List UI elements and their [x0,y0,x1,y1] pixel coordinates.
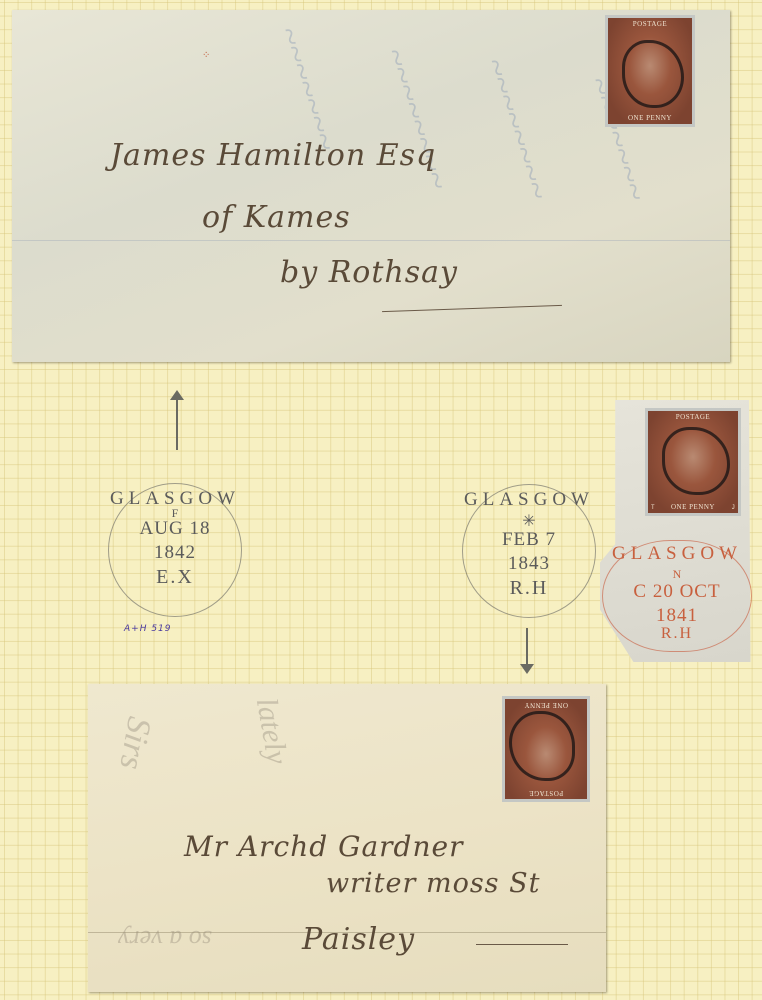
corner-letter: J [731,504,735,511]
address-line-2: writer moss St [326,868,540,899]
red-ink-marks: ⁘ [202,50,210,61]
maltese-cross-cancel [509,711,575,781]
fold-line [12,240,730,241]
stamp-bottom-label: ONE PENNY [648,503,738,511]
top-cover: ~~~~~~~ ~~~~~~~~ ~~~~~~~~ ~~~~~~~ ⁘ Jame… [12,10,730,362]
address-line-1: Mr Archd Gardner [184,830,463,863]
postmark-code: E.X [109,566,241,589]
postmark-glasgow-1843: GLASGOW ✳ FEB 7 1843 R.H [462,484,596,618]
address-line-2: of Kames [202,200,351,235]
address-line-3: Paisley [302,922,415,957]
maltese-cross-cancel [662,427,730,495]
postmark-town: GLASGOW [603,543,751,565]
pencil-scribble: ~~~~~~~~ [475,53,557,205]
stamp-bottom-label: ONE PENNY [505,701,587,709]
show-through-writing: lately [249,695,294,767]
postmark-code: R.H [603,625,751,643]
stamp-top-label: POSTAGE [648,413,738,421]
stamp-bottom-label: ONE PENNY [608,114,692,122]
catalog-reference-note: A+H 519 [124,624,172,634]
postmark-date: AUG 18 [109,518,241,540]
postmark-year: 1841 [603,605,751,627]
show-through-writing: so a very [118,924,212,954]
pencil-scribble: ~~~~~~~ [268,22,344,156]
address-line-3: by Rothsay [280,255,458,290]
postmark-code: R.H [463,577,595,600]
maltese-cross-cancel [622,40,684,108]
postmark-letter: N [603,567,751,582]
postmark-year: 1843 [463,553,595,575]
penny-red-stamp: POSTAGE ONE PENNY [605,15,695,127]
postmark-year: 1842 [109,542,241,564]
postmark-glasgow-1841-red: GLASGOW N C 20 OCT 1841 R.H [602,540,752,652]
penny-red-stamp-inverted: POSTAGE ONE PENNY [502,696,590,802]
postmark-date: FEB 7 [463,529,595,551]
corner-letter: T [651,504,655,511]
bottom-cover: Sirs lately so a very Mr Archd Gardner w… [88,684,606,992]
stamp-top-label: POSTAGE [608,20,692,28]
arrow-up-icon [176,398,178,450]
postmark-date: C 20 OCT [603,581,751,603]
stamp-top-label: POSTAGE [505,789,587,797]
postmark-glasgow-1842: GLASGOW F AUG 18 1842 E.X [108,483,242,617]
postmark-star-icon: ✳ [463,511,595,531]
show-through-writing: Sirs [111,714,158,773]
postmark-town: GLASGOW [463,489,595,511]
arrow-down-icon [526,628,528,666]
underline-flourish [476,944,568,945]
address-line-1: James Hamilton Esq [110,138,436,173]
underline-flourish [382,305,562,312]
penny-red-stamp: POSTAGE ONE PENNY T J [645,408,741,516]
